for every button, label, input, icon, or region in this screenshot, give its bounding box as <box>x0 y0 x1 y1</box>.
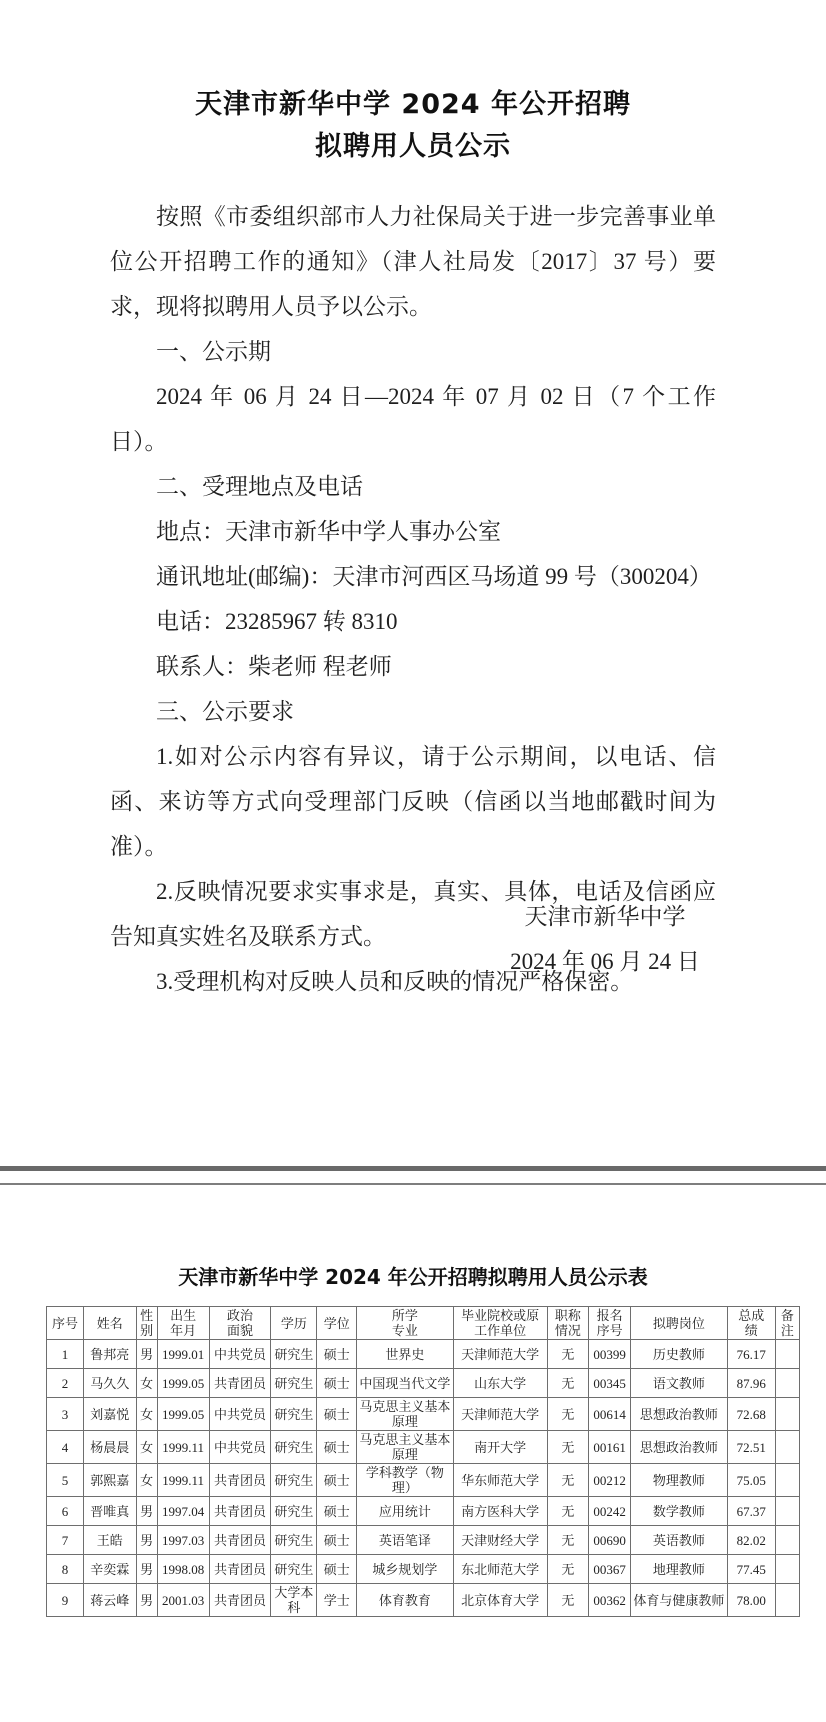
table-cell: 男 <box>136 1340 157 1369</box>
signature-name: 天津市新华中学 <box>380 894 826 939</box>
table-cell: 硕士 <box>317 1398 357 1431</box>
table-cell: 无 <box>547 1340 588 1369</box>
table-cell: 男 <box>136 1555 157 1584</box>
table-cell: 00242 <box>589 1497 631 1526</box>
table-cell: 共青团员 <box>209 1464 271 1497</box>
table-cell: 中国现当代文学 <box>357 1369 453 1398</box>
table-header-cell: 性 别 <box>136 1307 157 1340</box>
table-cell: 硕士 <box>317 1526 357 1555</box>
table-cell: 82.02 <box>727 1526 775 1555</box>
table-cell: 1997.03 <box>157 1526 209 1555</box>
table-cell <box>775 1398 799 1431</box>
table-cell: 物理教师 <box>631 1464 727 1497</box>
table-cell: 1998.08 <box>157 1555 209 1584</box>
table-cell: 北京体育大学 <box>453 1584 547 1617</box>
table-header-cell: 学位 <box>317 1307 357 1340</box>
table-header-cell: 备 注 <box>775 1307 799 1340</box>
table-cell: 无 <box>547 1369 588 1398</box>
table-cell: 2001.03 <box>157 1584 209 1617</box>
table-row: 1鲁邦亮男1999.01中共党员研究生硕士世界史天津师范大学无00399历史教师… <box>47 1340 800 1369</box>
body-paragraph: 三、公示要求 <box>110 689 716 734</box>
table-row: 5郭熙嘉女1999.11共青团员研究生硕士学科教学（物理）华东师范大学无0021… <box>47 1464 800 1497</box>
table-cell: 思想政治教师 <box>631 1431 727 1464</box>
table-header-cell: 拟聘岗位 <box>631 1307 727 1340</box>
table-cell: 76.17 <box>727 1340 775 1369</box>
page-title: 天津市新华中学 2024 年公开招聘 拟聘用人员公示 <box>0 84 826 168</box>
table-cell: 67.37 <box>727 1497 775 1526</box>
table-cell <box>775 1340 799 1369</box>
table-header-cell: 序号 <box>47 1307 84 1340</box>
table-cell: 研究生 <box>271 1555 317 1584</box>
table-cell: 8 <box>47 1555 84 1584</box>
document-body: 按照《市委组织部市人力社保局关于进一步完善事业单位公开招聘工作的通知》（津人社局… <box>110 194 716 1004</box>
table-cell: 女 <box>136 1431 157 1464</box>
table-header-cell: 所学 专业 <box>357 1307 453 1340</box>
body-paragraph: 二、受理地点及电话 <box>110 464 716 509</box>
table-cell: 杨晨晨 <box>83 1431 136 1464</box>
table-cell: 3 <box>47 1398 84 1431</box>
table-cell: 00161 <box>589 1431 631 1464</box>
table-cell: 应用统计 <box>357 1497 453 1526</box>
table-header-row: 序号姓名性 别出生 年月政治 面貌学历学位所学 专业毕业院校或原 工作单位职称 … <box>47 1307 800 1340</box>
table-cell: 研究生 <box>271 1369 317 1398</box>
table-cell: 无 <box>547 1398 588 1431</box>
table-cell: 无 <box>547 1497 588 1526</box>
table-cell: 中共党员 <box>209 1431 271 1464</box>
table-cell: 天津师范大学 <box>453 1340 547 1369</box>
table-cell: 辛奕霖 <box>83 1555 136 1584</box>
page-title-line-2: 拟聘用人员公示 <box>0 126 826 168</box>
table-cell <box>775 1369 799 1398</box>
table-header-cell: 出生 年月 <box>157 1307 209 1340</box>
table-cell: 研究生 <box>271 1340 317 1369</box>
table-cell: 女 <box>136 1464 157 1497</box>
table-cell: 郭熙嘉 <box>83 1464 136 1497</box>
table-cell: 硕士 <box>317 1431 357 1464</box>
table-cell: 2 <box>47 1369 84 1398</box>
table-header-cell: 学历 <box>271 1307 317 1340</box>
table-cell: 硕士 <box>317 1340 357 1369</box>
table-cell: 00399 <box>589 1340 631 1369</box>
table-cell: 共青团员 <box>209 1369 271 1398</box>
table-cell <box>775 1464 799 1497</box>
table-cell: 无 <box>547 1584 588 1617</box>
table-row: 9蒋云峰男2001.03共青团员大学本科学士体育教育北京体育大学无00362体育… <box>47 1584 800 1617</box>
table-cell: 72.51 <box>727 1431 775 1464</box>
table-header-cell: 职称 情况 <box>547 1307 588 1340</box>
table-row: 8辛奕霖男1998.08共青团员研究生硕士城乡规划学东北师范大学无00367地理… <box>47 1555 800 1584</box>
table-cell: 00690 <box>589 1526 631 1555</box>
table-header-cell: 姓名 <box>83 1307 136 1340</box>
table-cell: 研究生 <box>271 1464 317 1497</box>
table-cell: 硕士 <box>317 1369 357 1398</box>
table-row: 7王皓男1997.03共青团员研究生硕士英语笔译天津财经大学无00690英语教师… <box>47 1526 800 1555</box>
body-paragraph: 电话：23285967 转 8310 <box>110 599 716 644</box>
table-cell: 1999.01 <box>157 1340 209 1369</box>
table-cell: 学士 <box>317 1584 357 1617</box>
table-cell: 英语教师 <box>631 1526 727 1555</box>
table-cell: 1999.11 <box>157 1464 209 1497</box>
table-cell: 鲁邦亮 <box>83 1340 136 1369</box>
body-paragraph: 按照《市委组织部市人力社保局关于进一步完善事业单位公开招聘工作的通知》（津人社局… <box>110 194 716 329</box>
table-cell: 英语笔译 <box>357 1526 453 1555</box>
table-cell: 刘嘉悦 <box>83 1398 136 1431</box>
table-cell: 共青团员 <box>209 1497 271 1526</box>
table-cell: 语文教师 <box>631 1369 727 1398</box>
table-cell: 9 <box>47 1584 84 1617</box>
table-cell: 南方医科大学 <box>453 1497 547 1526</box>
table-cell: 研究生 <box>271 1431 317 1464</box>
table-header-cell: 报名 序号 <box>589 1307 631 1340</box>
table-cell: 1999.05 <box>157 1369 209 1398</box>
table-cell: 无 <box>547 1464 588 1497</box>
table-cell <box>775 1526 799 1555</box>
table-cell: 00212 <box>589 1464 631 1497</box>
signature-block: 天津市新华中学 2024 年 06 月 24 日 <box>380 894 826 984</box>
page-divider-top <box>0 1166 826 1171</box>
table-cell: 共青团员 <box>209 1526 271 1555</box>
table-cell: 马克思主义基本原理 <box>357 1398 453 1431</box>
table-row: 2马久久女1999.05共青团员研究生硕士中国现当代文学山东大学无00345语文… <box>47 1369 800 1398</box>
table-cell: 历史教师 <box>631 1340 727 1369</box>
table-cell: 无 <box>547 1431 588 1464</box>
table-cell: 城乡规划学 <box>357 1555 453 1584</box>
body-paragraph: 联系人：柴老师 程老师 <box>110 644 716 689</box>
table-cell: 1999.05 <box>157 1398 209 1431</box>
table-cell: 女 <box>136 1398 157 1431</box>
table-cell: 1999.11 <box>157 1431 209 1464</box>
table-cell: 地理教师 <box>631 1555 727 1584</box>
table-title: 天津市新华中学 2024 年公开招聘拟聘用人员公示表 <box>0 1261 826 1290</box>
table-cell: 6 <box>47 1497 84 1526</box>
table-cell: 1 <box>47 1340 84 1369</box>
table-header-cell: 总成 绩 <box>727 1307 775 1340</box>
table-cell: 体育教育 <box>357 1584 453 1617</box>
table-cell: 华东师范大学 <box>453 1464 547 1497</box>
table-cell: 马克思主义基本原理 <box>357 1431 453 1464</box>
table-cell: 天津财经大学 <box>453 1526 547 1555</box>
body-paragraph: 2024 年 06 月 24 日—2024 年 07 月 02 日（7 个工作日… <box>110 374 716 464</box>
page-title-line-1: 天津市新华中学 2024 年公开招聘 <box>0 84 826 126</box>
table-cell: 学科教学（物理） <box>357 1464 453 1497</box>
table-cell: 中共党员 <box>209 1340 271 1369</box>
table-cell: 王皓 <box>83 1526 136 1555</box>
table-cell: 研究生 <box>271 1497 317 1526</box>
table-cell: 无 <box>547 1526 588 1555</box>
table-cell: 无 <box>547 1555 588 1584</box>
table-cell: 5 <box>47 1464 84 1497</box>
table-cell: 共青团员 <box>209 1555 271 1584</box>
body-paragraph: 通讯地址(邮编)：天津市河西区马场道 99 号（300204） <box>110 554 716 599</box>
table-cell: 男 <box>136 1526 157 1555</box>
signature-date: 2024 年 06 月 24 日 <box>380 939 826 984</box>
table-cell: 世界史 <box>357 1340 453 1369</box>
table-cell: 数学教师 <box>631 1497 727 1526</box>
body-paragraph: 地点：天津市新华中学人事办公室 <box>110 509 716 554</box>
table-cell: 体育与健康教师 <box>631 1584 727 1617</box>
table-cell: 东北师范大学 <box>453 1555 547 1584</box>
table-row: 3刘嘉悦女1999.05中共党员研究生硕士马克思主义基本原理天津师范大学无006… <box>47 1398 800 1431</box>
body-paragraph: 1.如对公示内容有异议，请于公示期间，以电话、信函、来访等方式向受理部门反映（信… <box>110 734 716 869</box>
table-cell: 男 <box>136 1497 157 1526</box>
table-header-cell: 政治 面貌 <box>209 1307 271 1340</box>
table-cell: 南开大学 <box>453 1431 547 1464</box>
table-cell: 1997.04 <box>157 1497 209 1526</box>
table-cell: 77.45 <box>727 1555 775 1584</box>
table-cell: 72.68 <box>727 1398 775 1431</box>
body-paragraph: 一、公示期 <box>110 329 716 374</box>
announcement-table: 序号姓名性 别出生 年月政治 面貌学历学位所学 专业毕业院校或原 工作单位职称 … <box>46 1306 800 1617</box>
table-cell: 硕士 <box>317 1497 357 1526</box>
table-cell: 马久久 <box>83 1369 136 1398</box>
table-cell: 女 <box>136 1369 157 1398</box>
page-divider-bottom <box>0 1183 826 1185</box>
table-cell: 男 <box>136 1584 157 1617</box>
table-cell: 大学本科 <box>271 1584 317 1617</box>
table-cell: 4 <box>47 1431 84 1464</box>
table-cell: 共青团员 <box>209 1584 271 1617</box>
table-header-cell: 毕业院校或原 工作单位 <box>453 1307 547 1340</box>
table-cell <box>775 1584 799 1617</box>
table-row: 4杨晨晨女1999.11中共党员研究生硕士马克思主义基本原理南开大学无00161… <box>47 1431 800 1464</box>
table-cell: 研究生 <box>271 1526 317 1555</box>
table-cell: 硕士 <box>317 1555 357 1584</box>
table-cell: 研究生 <box>271 1398 317 1431</box>
table-cell <box>775 1431 799 1464</box>
table-cell: 中共党员 <box>209 1398 271 1431</box>
table-cell: 75.05 <box>727 1464 775 1497</box>
table-cell: 思想政治教师 <box>631 1398 727 1431</box>
table-cell: 7 <box>47 1526 84 1555</box>
table-cell: 山东大学 <box>453 1369 547 1398</box>
table-cell <box>775 1497 799 1526</box>
table-cell <box>775 1555 799 1584</box>
table-cell: 00362 <box>589 1584 631 1617</box>
table-cell: 87.96 <box>727 1369 775 1398</box>
table-cell: 00367 <box>589 1555 631 1584</box>
table-cell: 硕士 <box>317 1464 357 1497</box>
table-cell: 晋唯真 <box>83 1497 136 1526</box>
table-cell: 蒋云峰 <box>83 1584 136 1617</box>
table-cell: 00345 <box>589 1369 631 1398</box>
table-cell: 天津师范大学 <box>453 1398 547 1431</box>
table-cell: 78.00 <box>727 1584 775 1617</box>
table-row: 6晋唯真男1997.04共青团员研究生硕士应用统计南方医科大学无00242数学教… <box>47 1497 800 1526</box>
table-cell: 00614 <box>589 1398 631 1431</box>
